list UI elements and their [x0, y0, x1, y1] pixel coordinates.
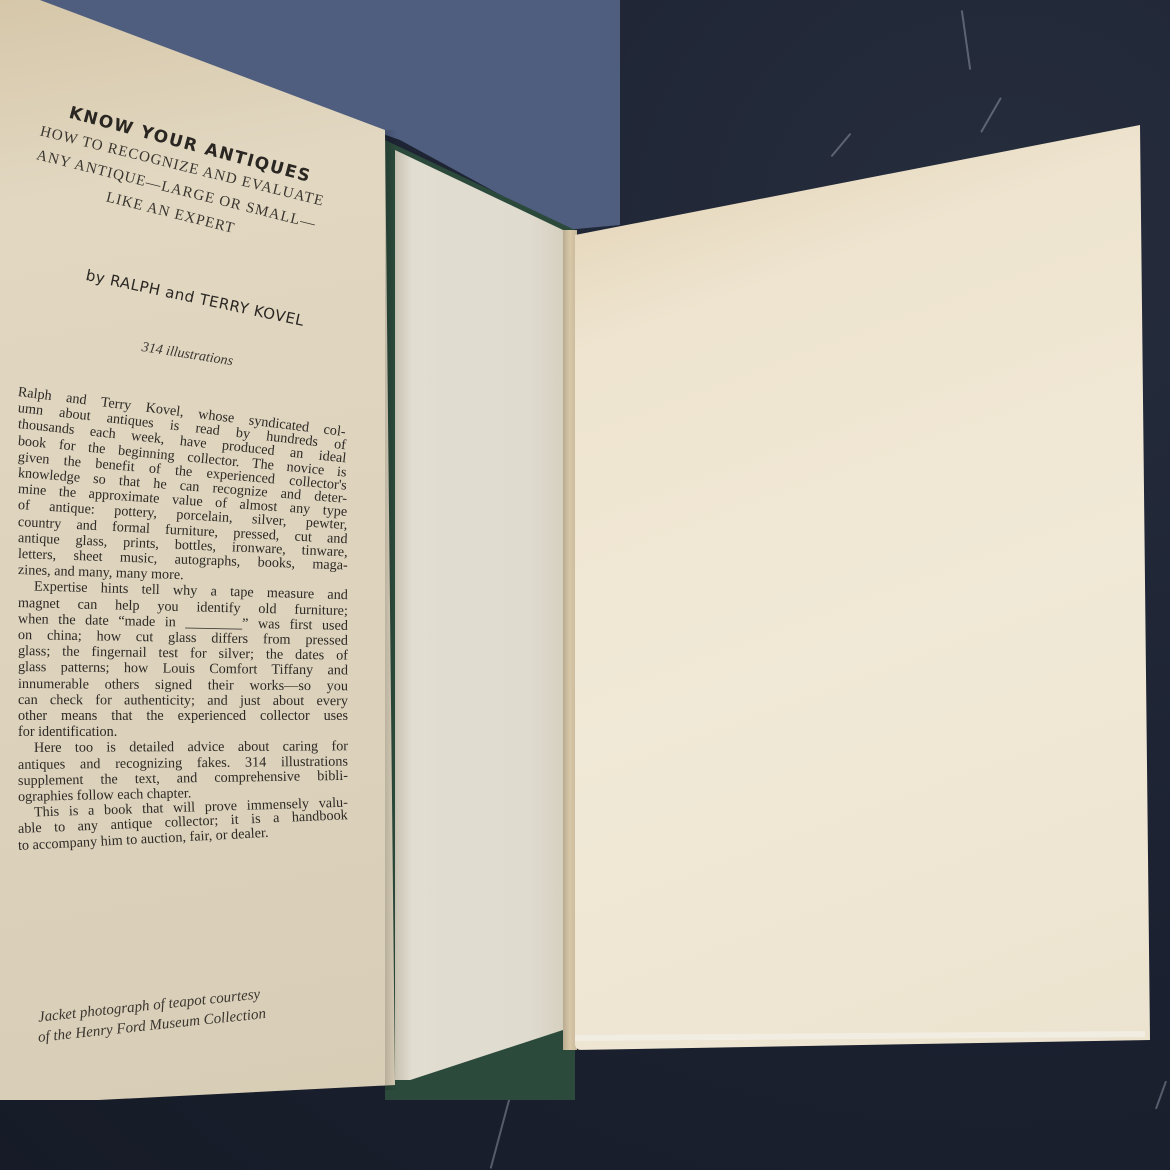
book-gutter — [563, 230, 577, 1050]
body-line: other means that the experienced collect… — [18, 708, 348, 724]
endpaper-page — [395, 150, 563, 1080]
flap-description: Ralph and Terry Kovel, whose syndicated … — [18, 384, 348, 854]
flap-shadow — [385, 130, 397, 1090]
blank-right-page[interactable] — [575, 125, 1150, 1050]
body-line: can check for authenticity; and just abo… — [18, 692, 348, 709]
